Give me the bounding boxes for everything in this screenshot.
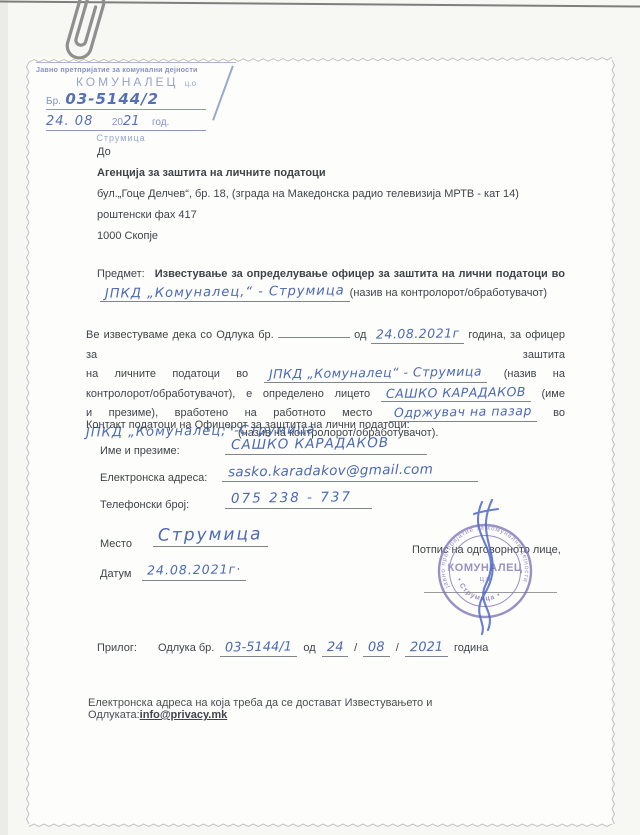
recipient-address: бул.„Гоце Делчев“, бр. 18, (зграда на Ма… — [97, 184, 519, 205]
received-stamp-number-handwritten: 03-5144/2 — [65, 90, 159, 108]
contact-phone-value: 075 238 - 737 — [225, 489, 372, 509]
place-label: Место — [100, 538, 132, 550]
entity-name-handwritten: ЈПКД „Комуналец“ - Струмица — [269, 366, 482, 381]
attachment-year-handwritten: 2021 — [410, 641, 443, 655]
contact-name-label: Име и презиме: — [100, 445, 180, 457]
blank-decision-number — [278, 326, 350, 338]
scan-edge-shadow — [0, 0, 8, 835]
subject-title: Известување за определување офицер за за… — [155, 268, 565, 280]
footer-email: info@privacy.mk — [140, 709, 228, 721]
received-stamp-org: Јавно претпријатие за комунални дејности — [36, 62, 236, 74]
recipient-block: До Агенција за заштита на личните подато… — [97, 142, 519, 247]
officer-name-handwritten: САШКО КАРАДАКОВ — [386, 386, 526, 400]
contact-phone-label: Телефонски број: — [100, 499, 189, 511]
attachment-label: Прилог: — [97, 642, 152, 654]
decision-date-handwritten: 24.08.2021г — [375, 327, 459, 341]
received-stamp-number-row: Бр. 03-5144/2 — [46, 90, 206, 110]
attachment-doc: Одлука бр. — [158, 642, 214, 654]
subject-entity-handwritten: ЈПКД „Комуналец,“ - Струмица — [105, 284, 345, 301]
signature-ink — [452, 498, 524, 638]
body-line-3: контролорот/обработувачот), е определено… — [86, 385, 565, 405]
footer-line: Електронска адреса на која треба да се д… — [88, 697, 566, 721]
received-stamp: Јавно претпријатие за комунални дејности… — [36, 62, 236, 143]
subject-line: Предмет: Известување за определување офи… — [97, 268, 565, 280]
received-stamp-date-row: 24. 08 2021 год. — [46, 112, 206, 131]
attachment-month-handwritten: 08 — [368, 641, 385, 655]
body-line-2: на личните податоци во ЈПКД „Комуналец“ … — [86, 365, 565, 385]
recipient-city: 1000 Скопје — [97, 226, 519, 247]
contact-name-value: САШКО КАРАДАКОВ — [225, 435, 427, 455]
scanned-document: { "colors":{ "printed_text":"#3f444a", "… — [0, 0, 640, 835]
subject-entity-note: (назив на контролорот/обработувачот) — [350, 287, 547, 299]
date-value: 24.08.2021г· — [142, 562, 246, 581]
recipient-to: До — [97, 142, 519, 163]
attachment-number-handwritten: 03-5144/1 — [225, 641, 292, 656]
received-stamp-name: КОМУНАЛЕЦ ц.о — [36, 75, 236, 89]
body-line-1: Ве известуваме дека со Одлука бр. од 24.… — [86, 326, 565, 365]
contact-email-value: sasko.karadakov@gmail.com — [222, 462, 478, 482]
job-title-handwritten: Одржувач на пазар — [394, 405, 532, 419]
contact-email-label: Електронска адреса: — [100, 472, 207, 484]
attachment-day-handwritten: 24 — [327, 641, 344, 655]
contact-heading: Контакт податоци на Офицерот за заштита … — [86, 419, 410, 431]
received-stamp-date-handwritten: 24. 08 — [46, 114, 93, 129]
date-label: Датум — [100, 568, 131, 580]
attachment-row: Прилог: Одлука бр. 03-5144/1 од 24 / 08 … — [97, 641, 488, 657]
place-value: Струмица — [153, 527, 268, 547]
recipient-agency: Агенција за заштита на личните податоци — [97, 163, 519, 184]
subject-label: Предмет: — [97, 268, 145, 280]
recipient-fax: роштенски фах 417 — [97, 205, 519, 226]
subject-entity-line: ЈПКД „Комуналец,“ - Струмица(назив на ко… — [100, 286, 547, 302]
